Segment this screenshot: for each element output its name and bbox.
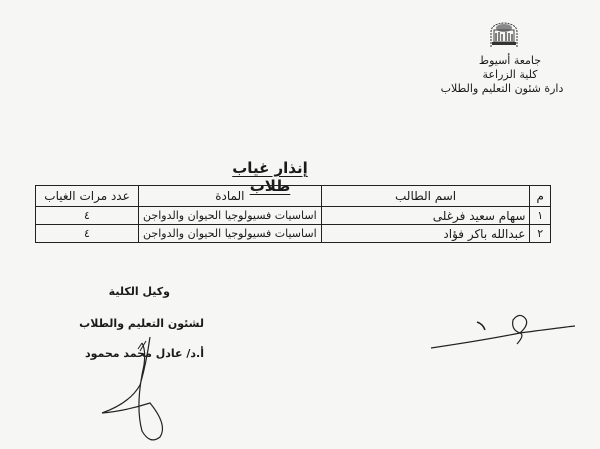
row-number: ٢ [530,225,551,243]
department-name: دارة شئون التعليم والطلاب [432,82,572,96]
student-name: سهام سعيد فرغلى [321,207,530,225]
absence-table: م اسم الطالب المادة عدد مرات الغياب ١ سه… [35,185,551,243]
table-row: ١ سهام سعيد فرغلى اساسيات فسيولوجيا الحي… [36,207,551,225]
signature-left-icon [80,335,190,449]
student-name: عبدالله باكر فؤاد [321,225,530,243]
university-name: جامعة أسيوط [440,54,580,68]
table-row: ٢ عبدالله باكر فؤاد اساسيات فسيولوجيا ال… [36,225,551,243]
signatory-title-line2: لشئون التعليم والطلاب [79,317,204,330]
table-header-row: م اسم الطالب المادة عدد مرات الغياب [36,186,551,207]
university-logo-icon [487,20,521,48]
col-header-subject: المادة [139,186,322,207]
document-page: جامعة أسيوط كلية الزراعة دارة شئون التعل… [0,0,600,449]
col-header-number: م [530,186,551,207]
faculty-name: كلية الزراعة [440,68,580,82]
absence-count: ٤ [36,207,139,225]
row-number: ١ [530,207,551,225]
col-header-student-name: اسم الطالب [321,186,530,207]
subject: اساسيات فسيولوجيا الحيوان والدواجن [139,207,322,225]
signature-right-icon [425,300,585,355]
letterhead: جامعة أسيوط كلية الزراعة دارة شئون التعل… [440,54,580,96]
absence-count: ٤ [36,225,139,243]
signatory-title-line1: وكيل الكلية [109,285,170,298]
subject: اساسيات فسيولوجيا الحيوان والدواجن [139,225,322,243]
col-header-absences: عدد مرات الغياب [36,186,139,207]
